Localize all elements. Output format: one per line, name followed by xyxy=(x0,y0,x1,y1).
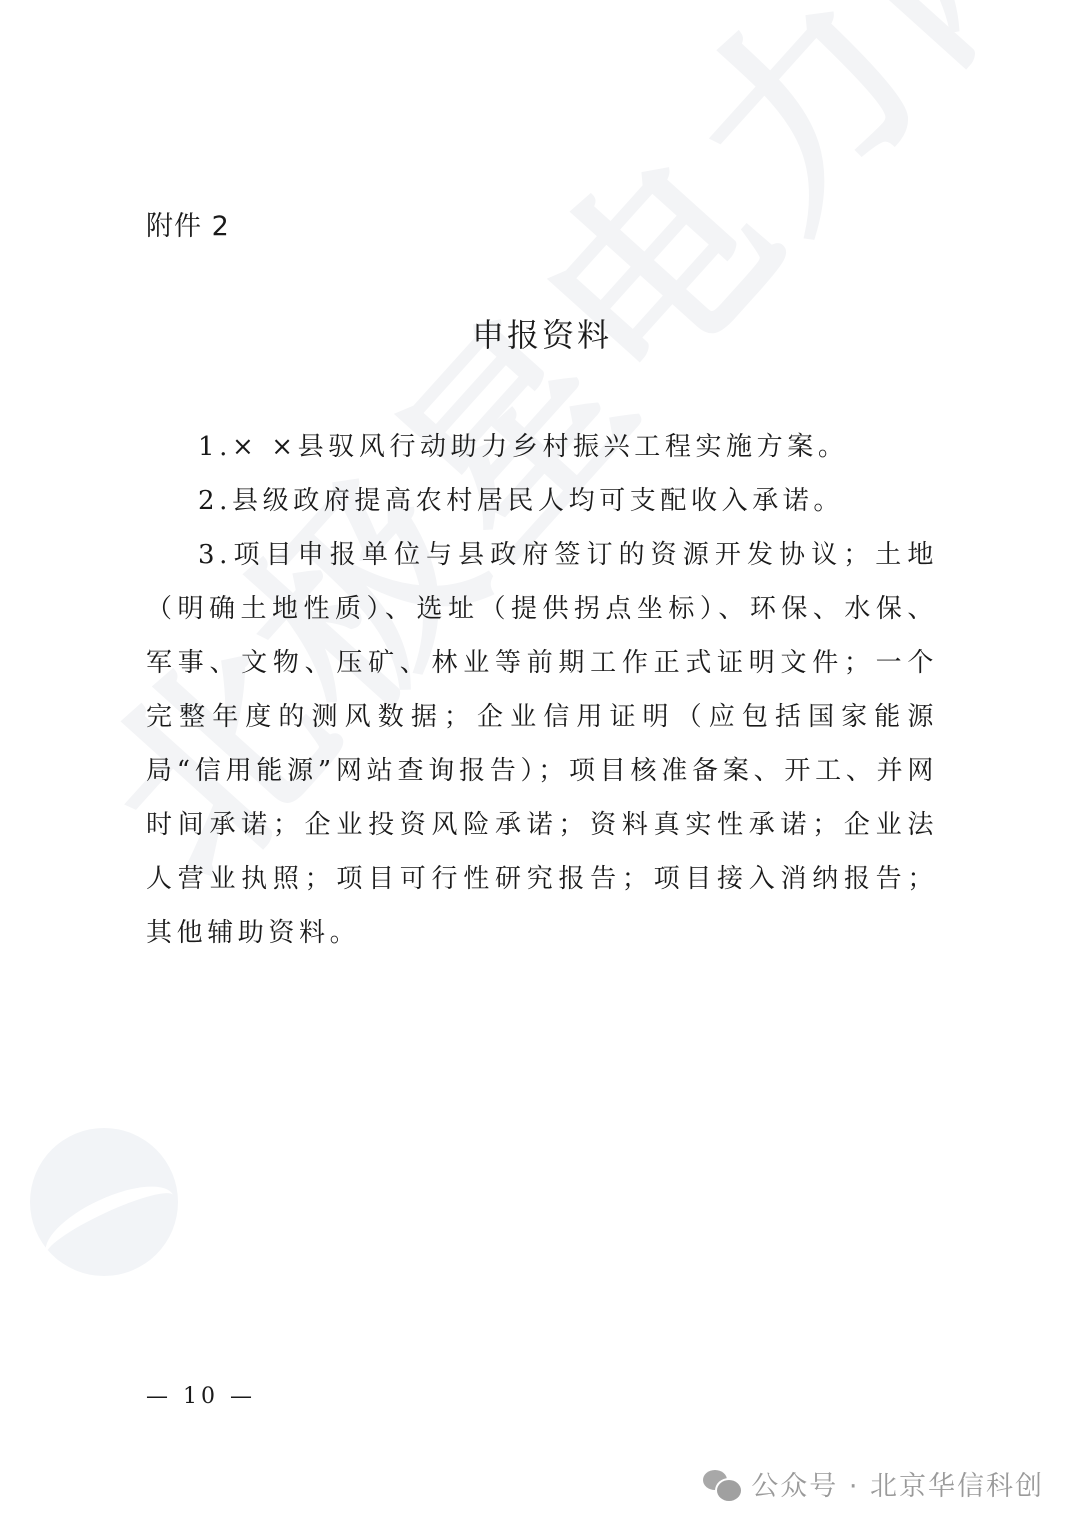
page-title: 申报资料 xyxy=(0,310,1080,356)
footer-credit-text: 公众号 · 北京华信科创 xyxy=(751,1464,1044,1503)
footer-credit: 公众号 · 北京华信科创 xyxy=(703,1464,1044,1503)
wechat-icon xyxy=(703,1468,741,1500)
list-item: 3.项目申报单位与县政府签订的资源开发协议；土地（明确土地性质）、选址（提供拐点… xyxy=(146,528,938,960)
list-item: 1.× ×县驭风行动助力乡村振兴工程实施方案。 xyxy=(146,420,938,474)
list-item: 2.县级政府提高农村居民人均可支配收入承诺。 xyxy=(146,474,938,528)
attachment-label: 附件 2 xyxy=(146,204,230,243)
watermark-logo-icon xyxy=(30,1128,178,1276)
page-number: — 10 — xyxy=(146,1384,256,1409)
document-body: 1.× ×县驭风行动助力乡村振兴工程实施方案。 2.县级政府提高农村居民人均可支… xyxy=(146,420,938,960)
